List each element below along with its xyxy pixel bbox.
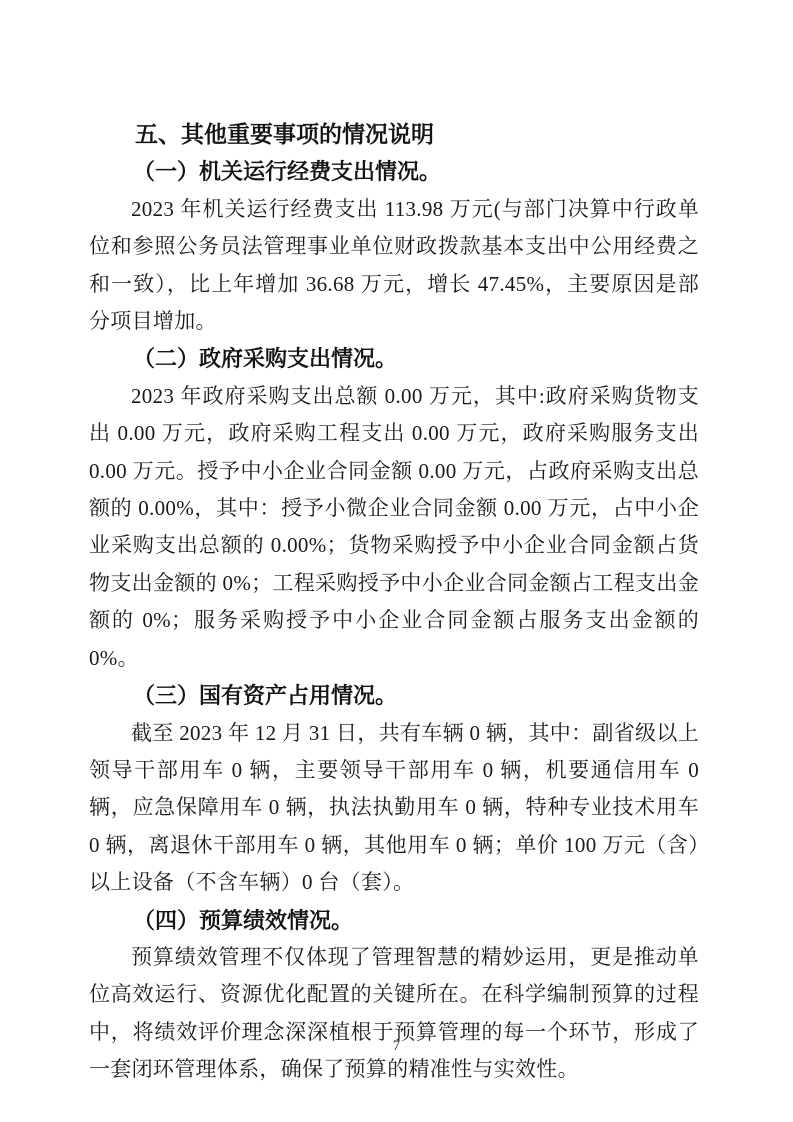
document-page: 五、其他重要事项的情况说明 （一）机关运行经费支出情况。 2023 年机关运行经… [0,0,793,1122]
section-heading-2: （二）政府采购支出情况。 [89,340,699,377]
section-2-paragraph: 2023 年政府采购支出总额 0.00 万元，其中:政府采购货物支出 0.00 … [89,378,699,677]
section-heading-1: （一）机关运行经费支出情况。 [89,153,699,190]
main-heading: 五、其他重要事项的情况说明 [89,116,699,153]
section-heading-3: （三）国有资产占用情况。 [89,677,699,714]
section-3-paragraph: 截至 2023 年 12 月 31 日，共有车辆 0 辆，其中：副省级以上领导干… [89,715,699,902]
section-4-paragraph: 预算绩效管理不仅体现了管理智慧的精妙运用，更是推动单位高效运行、资源优化配置的关… [89,939,699,1089]
section-1-paragraph: 2023 年机关运行经费支出 113.98 万元(与部门决算中行政单位和参照公务… [89,191,699,341]
document-content: 五、其他重要事项的情况说明 （一）机关运行经费支出情况。 2023 年机关运行经… [89,116,699,1089]
page-footer: 7 [0,1037,793,1055]
page-number: 7 [393,1038,401,1054]
section-heading-4: （四）预算绩效情况。 [89,902,699,939]
